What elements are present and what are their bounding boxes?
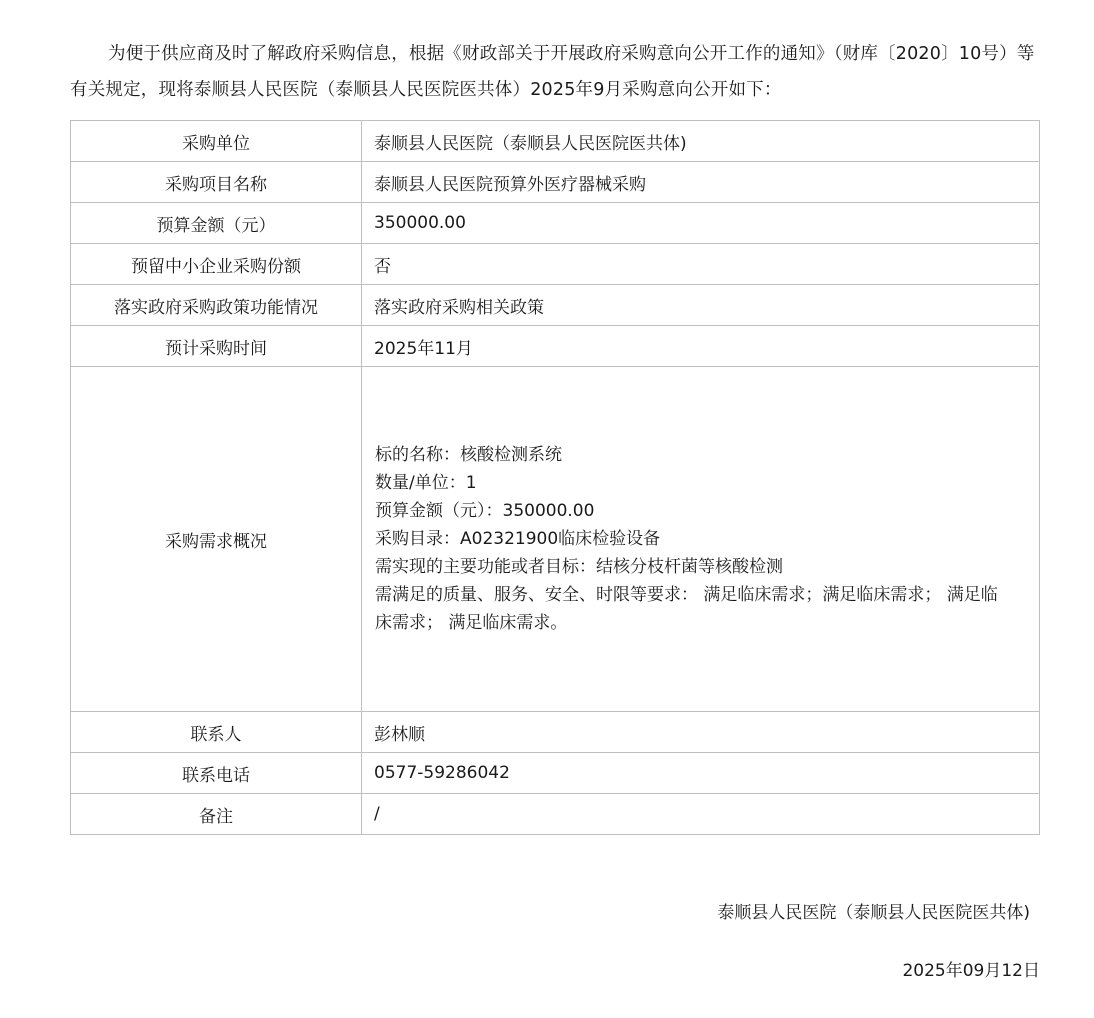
- procurement-intent-table: 采购单位 泰顺县人民医院（泰顺县人民医院医共体) 采购项目名称 泰顺县人民医院预…: [70, 120, 1040, 835]
- table-row-contact: 联系人 彭林顺: [71, 712, 1040, 753]
- row-value: 否: [362, 244, 1040, 285]
- table-row-requirements: 采购需求概况 标的名称：核酸检测系统 数量/单位：1 预算金额（元）：35000…: [71, 367, 1040, 712]
- requirements-list: 标的名称：核酸检测系统 数量/单位：1 预算金额（元）：350000.00 采购…: [362, 441, 1039, 637]
- row-value: 350000.00: [362, 203, 1040, 244]
- table-row-expected-time: 预计采购时间 2025年11月: [71, 326, 1040, 367]
- requirement-item-quality: 需满足的质量、服务、安全、时限等要求： 满足临床需求；满足临床需求； 满足临床需…: [375, 581, 999, 637]
- requirement-item-goal: 需实现的主要功能或者目标：结核分枝杆菌等核酸检测: [375, 553, 999, 581]
- table-row-purchaser: 采购单位 泰顺县人民医院（泰顺县人民医院医共体): [71, 121, 1040, 162]
- requirements-cell: 标的名称：核酸检测系统 数量/单位：1 预算金额（元）：350000.00 采购…: [362, 367, 1040, 712]
- row-value: 落实政府采购相关政策: [362, 285, 1040, 326]
- row-label: 备注: [71, 794, 362, 835]
- row-label: 联系电话: [71, 753, 362, 794]
- row-value: 彭林顺: [362, 712, 1040, 753]
- table-row-sme-share: 预留中小企业采购份额 否: [71, 244, 1040, 285]
- row-label: 联系人: [71, 712, 362, 753]
- row-label: 预留中小企业采购份额: [71, 244, 362, 285]
- intro-paragraph: 为便于供应商及时了解政府采购信息，根据《财政部关于开展政府采购意向公开工作的通知…: [70, 36, 1045, 108]
- row-label: 采购单位: [71, 121, 362, 162]
- row-label: 采购项目名称: [71, 162, 362, 203]
- table-row-phone: 联系电话 0577-59286042: [71, 753, 1040, 794]
- row-label: 采购需求概况: [71, 367, 362, 712]
- row-value: 泰顺县人民医院（泰顺县人民医院医共体): [362, 121, 1040, 162]
- issue-date: 2025年09月12日: [902, 956, 1040, 981]
- row-label: 预计采购时间: [71, 326, 362, 367]
- row-label: 预算金额（元）: [71, 203, 362, 244]
- table-row-policy: 落实政府采购政策功能情况 落实政府采购相关政策: [71, 285, 1040, 326]
- row-value: 0577-59286042: [362, 753, 1040, 794]
- row-value: 2025年11月: [362, 326, 1040, 367]
- row-label: 落实政府采购政策功能情况: [71, 285, 362, 326]
- requirement-item-catalog: 采购目录：A02321900临床检验设备: [375, 525, 999, 553]
- requirement-item-budget: 预算金额（元）：350000.00: [375, 497, 999, 525]
- row-value: 泰顺县人民医院预算外医疗器械采购: [362, 162, 1040, 203]
- table-row-remarks: 备注 /: [71, 794, 1040, 835]
- table-row-budget: 预算金额（元） 350000.00: [71, 203, 1040, 244]
- issuer-signature: 泰顺县人民医院（泰顺县人民医院医共体): [717, 898, 1030, 923]
- requirement-item-name: 标的名称：核酸检测系统: [375, 441, 999, 469]
- requirement-item-quantity: 数量/单位：1: [375, 469, 999, 497]
- table-row-project-name: 采购项目名称 泰顺县人民医院预算外医疗器械采购: [71, 162, 1040, 203]
- row-value: /: [362, 794, 1040, 835]
